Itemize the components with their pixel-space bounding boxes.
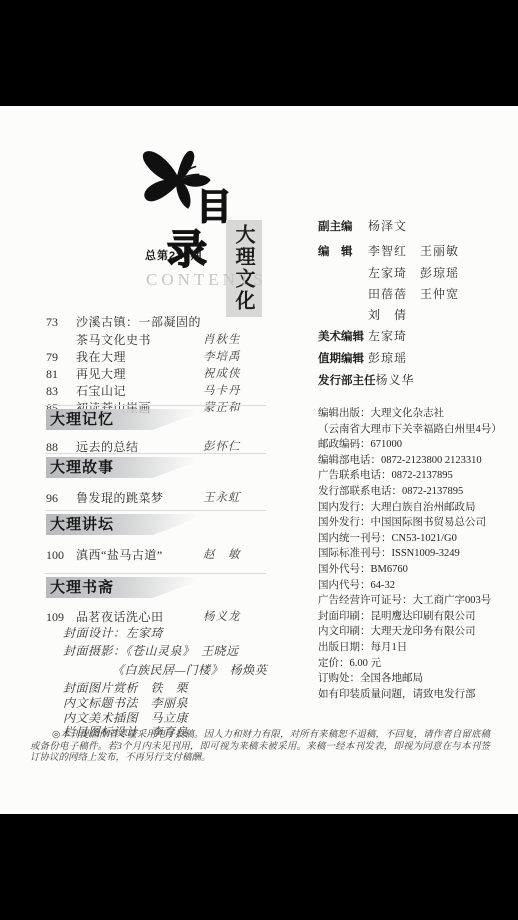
credit-cover-design: 封面设计：左家琦 (63, 624, 163, 641)
masthead-row: 编 辑李智红 王丽敏 (318, 241, 508, 262)
toc-entry-title: 我在大理 (76, 350, 126, 364)
toc-entry-author: 肖秋生 (203, 331, 241, 347)
section-header-ribbon: 大理书斋 (46, 577, 208, 598)
toc-entry-author: 祝成侠 (203, 365, 241, 381)
publisher-line: 国内统一刊号：CN53-1021/G0 (318, 531, 508, 547)
publisher-line: 国内发行：大理白族自治州邮政局 (318, 500, 508, 516)
toc-entry-author: 杨义龙 (203, 608, 241, 624)
toc-entry-title: 远去的总结 (76, 440, 139, 454)
section-divider (45, 573, 266, 574)
submission-note: ◎本刊提倡作者尽量采用电子投稿。因人力和财力有限，对所有来稿恕不退稿，不回复，请… (30, 730, 490, 765)
publisher-line: 订购处：全国各地邮局 (318, 671, 508, 687)
masthead-label: 编 辑 (318, 243, 368, 262)
toc-entry-title: 再见大理 (76, 367, 126, 381)
publisher-line: 国内代号：64-32 (318, 578, 508, 594)
masthead-row: 左家琦 彭琼瑶 (318, 263, 508, 283)
toc-entry: 81再见大理祝成侠 (46, 365, 270, 382)
masthead-label: 值期编辑 (318, 350, 368, 369)
toc-entry-number: 109 (46, 610, 76, 625)
toc-entry-title: 茶马文化史书 (76, 333, 151, 347)
toc-entry-title: 鲁发琨的跳菜梦 (76, 491, 164, 505)
masthead-value: 左家琦 (368, 329, 407, 343)
section-divider (45, 453, 266, 454)
toc-entry: 109品茗夜话洗心田杨义龙 (46, 608, 270, 625)
toc-entry: 96鲁发琨的跳菜梦王永虹 (46, 489, 270, 506)
credit-cover-photo-2: 《白族民居—门楼》 杨焕英 (112, 661, 267, 678)
publisher-line: 国外代号：BM6760 (318, 562, 508, 578)
toc-entry: 100滇西“盐马古道”赵 敏 (46, 546, 270, 563)
section-header: 大理书斋 (46, 577, 208, 598)
credit-cover-photo: 封面摄影：《苍山灵泉》 王晓远 (63, 642, 239, 659)
section-header: 大理故事 (46, 457, 208, 478)
toc-entry-number: 100 (46, 548, 76, 563)
toc-entry-number: 79 (46, 350, 76, 365)
masthead-value: 刘 倩 (368, 308, 407, 322)
section-header: 大理记忆 (46, 409, 208, 430)
publisher-line: 封面印刷：昆明鹰达印刷有限公司 (318, 609, 508, 625)
publisher-line: 编辑出版：大理文化杂志社 (318, 406, 508, 422)
magazine-contents-page: 目 录 大理文化 总第225期 CONTENTS 73沙溪古镇：一部凝固的 茶马… (0, 106, 518, 814)
section-header: 大理讲坛 (46, 514, 208, 535)
section-header-ribbon: 大理记忆 (46, 409, 208, 430)
toc-entry: 茶马文化史书肖秋生 (46, 331, 270, 348)
masthead-value: 杨义华 (376, 373, 415, 387)
toc-entry-number: 73 (46, 315, 76, 330)
toc-entry-author: 李培禹 (203, 348, 241, 364)
toc-entry-author: 蒙正和 (203, 399, 241, 415)
masthead-value: 杨泽文 (368, 219, 407, 233)
section-divider (45, 510, 266, 511)
masthead-label: 副主编 (318, 218, 368, 237)
toc-entry-number: 96 (46, 491, 76, 506)
masthead-row: 值期编辑彭琼瑶 (318, 348, 508, 369)
masthead-value: 田蓓蓓 王仲宽 (368, 287, 459, 301)
publisher-line: 如有印装质量问题，请致电发行部 (318, 687, 508, 703)
publisher-line: 定价：6.00 元 (318, 656, 508, 672)
masthead-value: 左家琦 彭琼瑶 (368, 266, 459, 280)
toc-entry-number: 81 (46, 367, 76, 382)
masthead: 副主编杨泽文 编 辑李智红 王丽敏 左家琦 彭琼瑶 田蓓蓓 王仲宽 刘 倩 美术… (318, 216, 508, 392)
masthead-row: 副主编杨泽文 (318, 216, 508, 237)
toc-entry-title: 品茗夜话洗心田 (76, 610, 164, 624)
toc-entry-title: 石宝山记 (76, 384, 126, 398)
masthead-row: 刘 倩 (318, 305, 508, 325)
masthead-row: 美术编辑左家琦 (318, 326, 508, 347)
masthead-value: 李智红 王丽敏 (368, 244, 459, 258)
section-header-ribbon: 大理故事 (46, 457, 208, 478)
toc-entry-author: 彭怀仁 (203, 438, 241, 454)
screenshot-root: { "header": { "issue_label": "总第225期", "… (0, 0, 518, 920)
toc-entry-author: 马卡丹 (203, 382, 241, 398)
toc-entry: 83石宝山记马卡丹 (46, 382, 270, 399)
toc-entry-author: 赵 敏 (203, 546, 241, 562)
magazine-name: 大理文化 (233, 224, 255, 312)
toc-entry-title: 沙溪古镇：一部凝固的 (76, 315, 201, 329)
publisher-line: 内文印刷：大理天龙印务有限公司 (318, 624, 508, 640)
masthead-row: 发行部主任杨义华 (318, 370, 508, 391)
masthead-value: 彭琼瑶 (368, 351, 407, 365)
publisher-line: 编辑部电话：0872-2123800 2123310 (318, 453, 508, 469)
toc-entry-number: 83 (46, 384, 76, 399)
publisher-line: 国际标准刊号：ISSN1009-3249 (318, 546, 508, 562)
magazine-name-box: 大理文化 (226, 220, 262, 317)
section-divider (45, 405, 266, 406)
publisher-line: （云南省大理市下关幸福路白州里4号） (318, 422, 508, 438)
masthead-label: 美术编辑 (318, 328, 368, 347)
publisher-line: 邮政编码：671000 (318, 437, 508, 453)
issue-number: 总第225期 (145, 247, 202, 263)
toc-entry-author: 王永虹 (203, 489, 241, 505)
publisher-line: 发行部联系电话：0872-2137895 (318, 484, 508, 500)
toc-entry-title: 滇西“盐马古道” (76, 548, 163, 562)
publisher-info: 编辑出版：大理文化杂志社 （云南省大理市下关幸福路白州里4号） 邮政编码：671… (318, 406, 508, 702)
publisher-line: 广告经营许可证号：大工商广字003号 (318, 593, 508, 609)
publisher-line: 出版日期：每月1日 (318, 640, 508, 656)
contents-label: CONTENTS (146, 270, 267, 290)
masthead-label: 发行部主任 (318, 372, 376, 391)
toc-entry: 79我在大理李培禹 (46, 348, 270, 365)
publisher-line: 广告联系电话：0872-2137895 (318, 468, 508, 484)
toc-entry: 73沙溪古镇：一部凝固的 (46, 313, 270, 330)
masthead-row: 田蓓蓓 王仲宽 (318, 284, 508, 304)
publisher-line: 国外发行：中国国际图书贸易总公司 (318, 515, 508, 531)
section-header-ribbon: 大理讲坛 (46, 514, 208, 535)
